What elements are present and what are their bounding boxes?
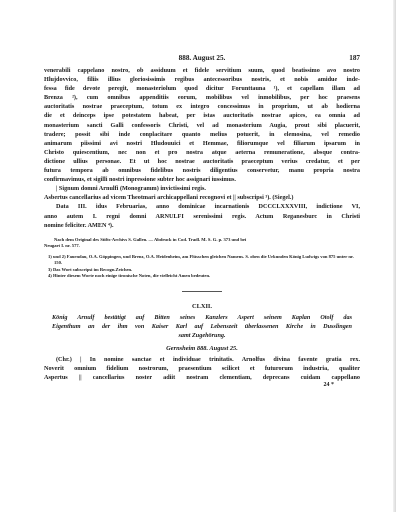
text-line: venerabili cappelano nostro, ob assiduum…	[44, 66, 360, 75]
section-divider	[182, 291, 222, 292]
signature-mark: 24 *	[44, 382, 360, 389]
signum-line: | Signum domni Arnulfi (Monogramm) invic…	[44, 184, 360, 193]
text-line: confirmavimus, et sigilli nostri inpress…	[44, 175, 360, 184]
running-title: 888. August 25.	[44, 54, 360, 62]
page-number: 187	[349, 54, 360, 62]
text-line: monasterium sancti Galli confessoris Chr…	[44, 121, 360, 130]
document-summary: König Arnulf bestätigt auf Bitten seines…	[44, 313, 360, 340]
text-line: animarum piissimi avi nostri Hludouuici …	[44, 139, 360, 148]
text-line: auctoritatis nostrae praeceptum, totum e…	[44, 102, 360, 111]
dating-line: Data III. idus Februarias, anno dominica…	[44, 202, 360, 211]
summary-line: Eigenthum an der ihm von Kaiser Karl auf…	[52, 322, 352, 331]
summary-line: samt Zugehörung.	[52, 331, 352, 340]
summary-line: König Arnulf bestätigt auf Bitten seines…	[52, 313, 352, 322]
running-header: 888. August 25. 187	[44, 54, 360, 66]
text-line: futura tempora ab omnibus fidelibus nost…	[44, 166, 360, 175]
dating-line: nomine feliciter. AMEN ⁴).	[44, 221, 360, 230]
text-line: Christo quiescentium, nec non et pro nos…	[44, 148, 360, 157]
charter-text: venerabili cappelano nostro, ob assiduum…	[44, 66, 360, 230]
text-line: Hlujdovvico, filiis illius gloriosissimi…	[44, 75, 360, 84]
charter-opening: (Chr.) | In nomine sanctae et individuae…	[44, 355, 360, 382]
chancellor-line: Asbertus cancellarius ad vicem Theotmari…	[44, 193, 360, 202]
text-line: dictione ullius personae. Et ut hoc nost…	[44, 157, 360, 166]
dating-line: anno autem I. regni domni ARNULFI sereni…	[44, 212, 360, 221]
place-date: Gernsheim 888. August 25.	[44, 345, 360, 352]
text-line: (Chr.) | In nomine sanctae et individuae…	[44, 355, 360, 364]
text-line: tradere; possit sibi inde conplacitare q…	[44, 130, 360, 139]
footnote: 1) und 2) Faurndau, O.A. Göppingen, und …	[44, 254, 360, 266]
text-line: Aspertus || cancellarius noster adiit no…	[44, 373, 360, 382]
text-line: Brenza ²), cum omnibus appenditiis eorum…	[44, 93, 360, 102]
source-note: Neugart I. nr. 577.	[44, 243, 360, 249]
text-line: fessa fide devote peregit, monasteriolum…	[44, 84, 360, 93]
book-page: 888. August 25. 187 venerabili cappelano…	[44, 54, 360, 389]
document-number: CLXII.	[44, 303, 360, 310]
text-line: die et deinceps ipse potestatem habeat, …	[44, 111, 360, 120]
text-line: Noverit omnium fidelium nostrorum, praes…	[44, 364, 360, 373]
apparatus-notes: Nach dem Original des Stifts-Archivs S. …	[44, 237, 360, 279]
footnote: 4) Hinter diesem Worte noch einige tiron…	[44, 273, 360, 279]
